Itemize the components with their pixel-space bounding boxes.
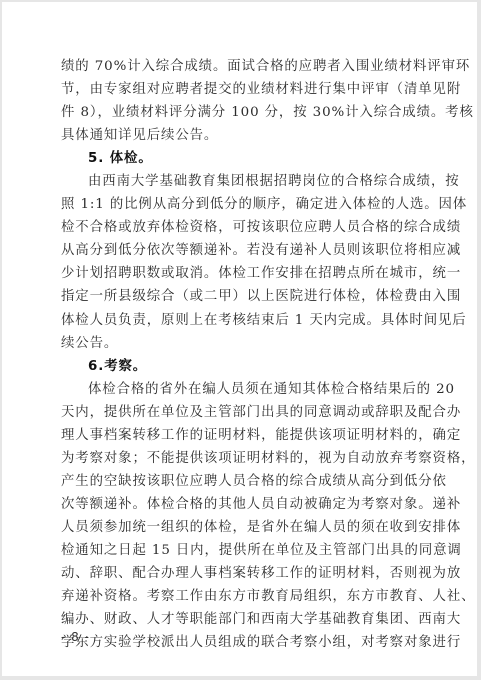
text-line: 产生的空缺按该职位应聘人员合格的综合成绩从高分到低分依: [61, 470, 421, 493]
section-heading-physical-exam: 5. 体检。: [61, 147, 421, 170]
text-line: 体检合格的省外在编人员须在通知其体检合格结果后的 20: [61, 378, 421, 401]
text-line: 天内，提供所在单位及主管部门出具的同意调动或辞职及配合办: [61, 401, 421, 424]
text-line: 节，由专家组对应聘者提交的业绩材料进行集中评审（清单见附: [61, 78, 421, 101]
text-line: 为考察对象；不能提供该项证明材料的，视为自动放弃考察资格，: [61, 447, 421, 470]
section-heading-inspection: 6.考察。: [61, 355, 421, 378]
text-line: 由西南大学基础教育集团根据招聘岗位的合格综合成绩，按: [61, 170, 421, 193]
text-line: 动、辞职、配合办理人事档案转移工作的证明材料，否则视为放: [61, 562, 421, 585]
text-line: 从高分到低分依次等额递补。若没有递补人员则该职位将相应减: [61, 239, 421, 262]
text-line: 具体通知详见后续公告。: [61, 124, 421, 147]
text-line: 次等额递补。体检合格的其他人员自动被确定为考察对象。递补: [61, 493, 421, 516]
document-body: 绩的 70%计入综合成绩。面试合格的应聘者入围业绩材料评审环 节，由专家组对应聘…: [61, 55, 421, 654]
text-line: 学东方实验学校派出人员组成的联合考察小组，对考察对象进行: [61, 631, 421, 654]
text-line: 体检人员负责，原则上在考核结束后 1 天内完成。具体时间见后: [61, 309, 421, 332]
text-line: 绩的 70%计入综合成绩。面试合格的应聘者入围业绩材料评审环: [61, 55, 421, 78]
text-line: 理人事档案转移工作的证明材料，能提供该项证明材料的，确定: [61, 424, 421, 447]
text-line: 件 8），业绩材料评分满分 100 分，按 30%计入综合成绩。考核: [61, 101, 421, 124]
text-line: 检通知之日起 15 日内，提供所在单位及主管部门出具的同意调: [61, 539, 421, 562]
text-line: 续公告。: [61, 332, 421, 355]
text-line: 检不合格或放弃体检资格，可按该职位应聘人员合格的综合成绩: [61, 216, 421, 239]
text-line: 照 1:1 的比例从高分到低分的顺序，确定进入体检的人选。因体: [61, 193, 421, 216]
text-line: 弃递补资格。考察工作由东方市教育局组织，东方市教育、人社、: [61, 585, 421, 608]
document-page: 绩的 70%计入综合成绩。面试合格的应聘者入围业绩材料评审环 节，由专家组对应聘…: [2, 2, 477, 676]
text-line: 指定一所县级综合（或二甲）以上医院进行体检，体检费由入围: [61, 285, 421, 308]
page-number: - 8 -: [61, 630, 90, 644]
text-line: 少计划招聘职数或取消。体检工作安排在招聘点所在城市，统一: [61, 262, 421, 285]
text-line: 人员须参加统一组织的体检，是省外在编人员的须在收到安排体: [61, 516, 421, 539]
text-line: 编办、财政、人才等职能部门和西南大学基础教育集团、西南大: [61, 608, 421, 631]
